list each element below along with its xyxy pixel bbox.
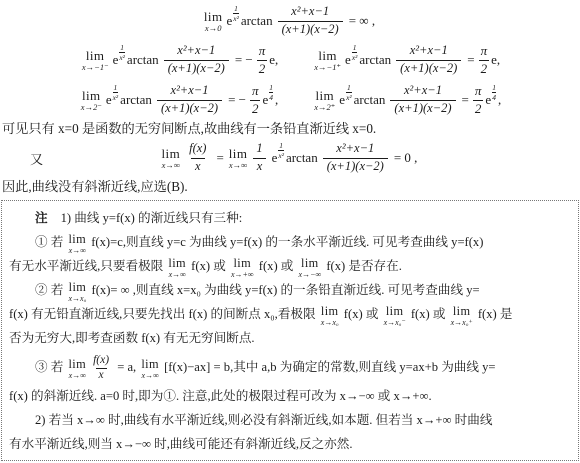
arctan-word: arctan (354, 92, 386, 108)
limit-formula-neg1-left: limx→−1⁻ e 1x² arctan x²+x−1(x+1)(x−2) =… (80, 44, 278, 76)
exponent-fraction: 1x² (278, 142, 284, 160)
two: 2 (250, 100, 261, 116)
arctan-word: arctan (127, 52, 159, 68)
note-line-5: f(x) 有无铅直渐近线,只要先找出 f(x) 的间断点 x₀,看极限 limx… (9, 302, 571, 326)
limit-formula-2-left: limx→2⁻ e 1x² arctan x²+x−1(x+1)(x−2) = … (79, 84, 278, 116)
inline-limit: limx→∞ (141, 358, 159, 379)
pi: π (257, 44, 268, 59)
fraction-denominator: (x+1)(x−2) (278, 21, 343, 37)
limit-subscript: x→x₀⁺ (451, 319, 473, 326)
main-fraction: x²+x−1(x+1)(x−2) (164, 44, 229, 76)
limit-subscript: x→0 (205, 24, 222, 33)
solution-text-line: 可见只有 x=0 是函数的无穷间断点,故曲线有一条铅直渐近线 x=0. (0, 120, 580, 138)
inline-limit: limx→∞ (68, 358, 86, 379)
exp-denominator: x² (113, 92, 119, 102)
limit-formula-x0: limx→0 e 1x² arctan x²+x−1(x+1)(x−2) = ∞… (202, 5, 378, 37)
two: 2 (479, 60, 490, 76)
limit-formula-neg1-right: limx→−1⁺ e 1x² arctan x²+x−1(x+1)(x−2) =… (312, 44, 500, 76)
arctan-word: arctan (120, 92, 152, 108)
text-segment: [f(x)−ax] = b,其中 a,b 为确定的常数,则直线 y=ax+b 为… (161, 360, 496, 374)
display-formula-row-4: 又 limx→∞ f(x)x = limx→∞ 1x e 1x² arctan … (0, 138, 580, 178)
text-segment: f(x) 或 (408, 307, 449, 321)
text-segment: 有无水平渐近线,只要看极限 (9, 259, 166, 273)
inline-limit: limx→x₀ (321, 305, 339, 326)
arctan-word: arctan (286, 150, 318, 166)
euler-e: e (106, 92, 112, 108)
exp-numerator: 1 (114, 84, 118, 92)
display-formula-row-1: limx→0 e 1x² arctan x²+x−1(x+1)(x−2) = ∞… (0, 2, 580, 40)
result-fraction: π2 (479, 44, 490, 76)
equals-sign: = (467, 52, 474, 68)
fraction-denominator: (x+1)(x−2) (390, 100, 455, 116)
display-formula-row-2: limx→−1⁻ e 1x² arctan x²+x−1(x+1)(x−2) =… (0, 40, 580, 80)
exp-denominator: x² (346, 92, 352, 102)
fraction-numerator: x²+x−1 (167, 84, 213, 99)
limit-operator: limx→∞ (229, 147, 248, 170)
limit-subscript: x→∞ (162, 161, 180, 170)
arctan-word: arctan (359, 52, 391, 68)
solution-conclusion: 因此,曲线没有斜渐近线,应选(B). (0, 178, 580, 196)
fraction-numerator: x²+x−1 (287, 5, 333, 20)
fraction-denominator: (x+1)(x−2) (157, 100, 222, 116)
fraction-numerator: f(x) (90, 355, 112, 368)
comma: , (275, 92, 278, 108)
limit-operator: limx→2⁺ (314, 89, 335, 112)
lim-word: lim (162, 147, 181, 160)
exp-numerator: 1 (353, 44, 357, 52)
limit-subscript: x→x₀ (68, 295, 86, 302)
limit-formula-2-right: limx→2⁺ e 1x² arctan x²+x−1(x+1)(x−2) = … (312, 84, 501, 116)
lim-word: lim (233, 257, 251, 269)
limit-subscript: x→2⁻ (81, 103, 102, 112)
document-page: limx→0 e 1x² arctan x²+x−1(x+1)(x−2) = ∞… (0, 0, 580, 463)
exponent-fraction: 1x² (346, 84, 352, 102)
exp-numerator: 1 (120, 44, 124, 52)
exponent-fraction: 1x² (352, 44, 358, 62)
note-line-6: 否为无穷大,即考查函数 f(x) 有无无穷间断点. (9, 326, 571, 350)
fraction-denominator: x (253, 158, 267, 174)
note-line-7: ③ 若 limx→∞f(x)x = a, limx→∞ [f(x)−ax] = … (9, 350, 571, 384)
main-fraction: x²+x−1(x+1)(x−2) (390, 84, 455, 116)
pi: π (473, 84, 484, 99)
lim-word: lim (204, 10, 223, 23)
exp-numerator: 1 (234, 5, 238, 13)
lim-word: lim (386, 305, 404, 317)
lim-word: lim (82, 89, 101, 102)
result-fraction: π2 (250, 84, 261, 116)
limit-subscript: x→−∞ (299, 271, 322, 278)
exp-denominator: x² (278, 150, 284, 160)
lim-word: lim (68, 233, 86, 245)
two: 2 (257, 60, 268, 76)
exp-numerator: 1 (492, 84, 496, 92)
limit-subscript: x→−1⁺ (314, 63, 341, 72)
equals-sign: = (216, 150, 223, 166)
inline-limit: limx→x₀ (68, 281, 86, 302)
result-e: e (485, 92, 491, 108)
note-line-1: 注1) 曲线 y=f(x) 的渐近线只有三种: (9, 206, 571, 230)
exp-numerator: 1 (347, 84, 351, 92)
inline-limit: limx→x₀⁻ (384, 305, 406, 326)
two: 2 (473, 100, 484, 116)
text-segment: ① 若 (35, 235, 66, 249)
fraction-denominator: x (191, 158, 205, 174)
fraction-numerator: 1 (252, 142, 266, 157)
arctan-word: arctan (241, 13, 273, 29)
fraction-numerator: x²+x−1 (173, 44, 219, 59)
text-segment: f(x) 或 (341, 307, 382, 321)
note-box: 注1) 曲线 y=f(x) 的渐近线只有三种: ① 若 limx→∞ f(x)=… (1, 200, 579, 461)
exp-denominator: x² (119, 52, 125, 62)
text-segment: f(x) 是 (475, 307, 513, 321)
exp-denominator: x² (233, 13, 239, 23)
result-exponent-fraction: 14 (269, 84, 273, 102)
main-fraction: x²+x−1(x+1)(x−2) (278, 5, 343, 37)
result-e: e, (491, 52, 500, 68)
exp-denominator: 4 (492, 92, 496, 102)
text-segment: f(x) 或 (188, 259, 229, 273)
euler-e: e (113, 52, 119, 68)
fx-over-x-fraction: f(x)x (185, 142, 210, 174)
limit-operator: limx→−1⁻ (82, 49, 109, 72)
inline-limit: limx→∞ (68, 233, 86, 254)
equals-sign: = − (228, 92, 246, 108)
limit-operator: limx→0 (204, 10, 223, 33)
limit-operator: limx→∞ (162, 147, 181, 170)
limit-subscript: x→+∞ (231, 271, 254, 278)
lim-word: lim (68, 358, 86, 370)
exp-denominator: x² (352, 52, 358, 62)
equals-sign: = − (235, 52, 253, 68)
exp-numerator: 1 (269, 84, 273, 92)
exp-numerator: 1 (279, 142, 283, 150)
fraction-denominator: (x+1)(x−2) (323, 158, 388, 174)
result-zero: = 0 , (394, 150, 418, 166)
fraction-numerator: x²+x−1 (406, 44, 452, 59)
note-line-1-text: 1) 曲线 y=f(x) 的渐近线只有三种: (61, 211, 243, 225)
text-segment: f(x) 或 (256, 259, 297, 273)
one-over-x-fraction: 1x (252, 142, 266, 174)
exp-denominator: 4 (269, 92, 273, 102)
lim-word: lim (318, 49, 337, 62)
slant-asymptote-formula: limx→∞ f(x)x = limx→∞ 1x e 1x² arctan x²… (160, 142, 421, 174)
note-line-9: 2) 若当 x→∞ 时,曲线有水平渐近线,则必没有斜渐近线,如本题. 但若当 x… (9, 408, 571, 432)
equals-sign: = (462, 92, 469, 108)
exponent-fraction: 1x² (119, 44, 125, 62)
comma: , (498, 92, 501, 108)
euler-e: e (272, 150, 278, 166)
text-segment: f(x)=c,则直线 y=c 为曲线 y=f(x) 的一条水平渐近线. 可见考查… (88, 235, 483, 249)
result-e: e (263, 92, 269, 108)
main-fraction: x²+x−1(x+1)(x−2) (323, 142, 388, 174)
exponent-fraction: 1x² (233, 5, 239, 23)
fraction-denominator: (x+1)(x−2) (164, 60, 229, 76)
text-segment: f(x) 是否存在. (323, 259, 402, 273)
inline-limit: limx→+∞ (231, 257, 254, 278)
euler-e: e (226, 13, 232, 29)
fraction-numerator: x²+x−1 (332, 142, 378, 157)
pi: π (479, 44, 490, 59)
exponent-fraction: 1x² (113, 84, 119, 102)
inline-limit: limx→−∞ (299, 257, 322, 278)
main-fraction: x²+x−1(x+1)(x−2) (157, 84, 222, 116)
limit-subscript: x→−1⁻ (82, 63, 109, 72)
result-exponent-fraction: 14 (492, 84, 496, 102)
inline-limit: limx→x₀⁺ (451, 305, 473, 326)
limit-subscript: x→∞ (69, 247, 86, 254)
limit-subscript: x→∞ (69, 372, 86, 380)
text-segment: ② 若 (35, 283, 66, 297)
euler-e: e (345, 52, 351, 68)
note-label: 注 (35, 211, 48, 225)
pi: π (250, 84, 261, 99)
you-label: 又 (30, 149, 43, 168)
note-line-4: ② 若 limx→x₀ f(x)= ∞ ,则直线 x=x₀ 为曲线 y=f(x)… (9, 278, 571, 302)
note-line-3: 有无水平渐近线,只要看极限 limx→∞ f(x) 或 limx→+∞ f(x)… (9, 254, 571, 278)
text-segment: f(x)= ∞ ,则直线 x=x₀ 为曲线 y=f(x) 的一条铅直渐近线. 可… (88, 283, 479, 297)
inline-limit: limx→∞ (168, 257, 186, 278)
text-segment: f(x) 有无铅直渐近线,只要先找出 f(x) 的间断点 x₀,看极限 (9, 307, 319, 321)
lim-word: lim (168, 257, 186, 269)
limit-subscript: x→x₀⁻ (384, 319, 406, 326)
lim-word: lim (453, 305, 471, 317)
limit-subscript: x→∞ (229, 161, 247, 170)
fraction-numerator: f(x) (185, 142, 210, 157)
main-fraction: x²+x−1(x+1)(x−2) (396, 44, 461, 76)
lim-word: lim (316, 89, 335, 102)
note-line-10: 有水平渐近线,则当 x→−∞ 时,曲线可能还有斜渐近线,反之亦然. (9, 432, 571, 456)
fraction-denominator: x (96, 368, 107, 382)
result-fraction: π2 (257, 44, 268, 76)
limit-operator: limx→2⁻ (81, 89, 102, 112)
lim-word: lim (86, 49, 105, 62)
text-segment: ③ 若 (35, 360, 66, 374)
lim-word: lim (301, 257, 319, 269)
limit-subscript: x→∞ (142, 372, 159, 380)
fraction-numerator: x²+x−1 (400, 84, 446, 99)
display-formula-row-3: limx→2⁻ e 1x² arctan x²+x−1(x+1)(x−2) = … (0, 80, 580, 120)
lim-word: lim (141, 358, 159, 370)
limit-subscript: x→x₀ (321, 319, 339, 326)
lim-word: lim (69, 281, 87, 293)
result-infinity: = ∞ , (349, 13, 375, 29)
limit-subscript: x→2⁺ (314, 103, 335, 112)
lim-word: lim (229, 147, 248, 160)
fraction-denominator: (x+1)(x−2) (396, 60, 461, 76)
result-fraction: π2 (473, 84, 484, 116)
inline-fraction: f(x)x (90, 355, 112, 381)
euler-e: e (339, 92, 345, 108)
text-segment: = a, (114, 360, 139, 374)
note-line-8: f(x) 的斜渐近线. a=0 时,即为①. 注意,此处的极限过程可改为 x→−… (9, 384, 571, 408)
lim-word: lim (321, 305, 339, 317)
result-e: e, (269, 52, 278, 68)
limit-subscript: x→∞ (169, 271, 186, 278)
note-line-2: ① 若 limx→∞ f(x)=c,则直线 y=c 为曲线 y=f(x) 的一条… (9, 230, 571, 254)
limit-operator: limx→−1⁺ (314, 49, 341, 72)
